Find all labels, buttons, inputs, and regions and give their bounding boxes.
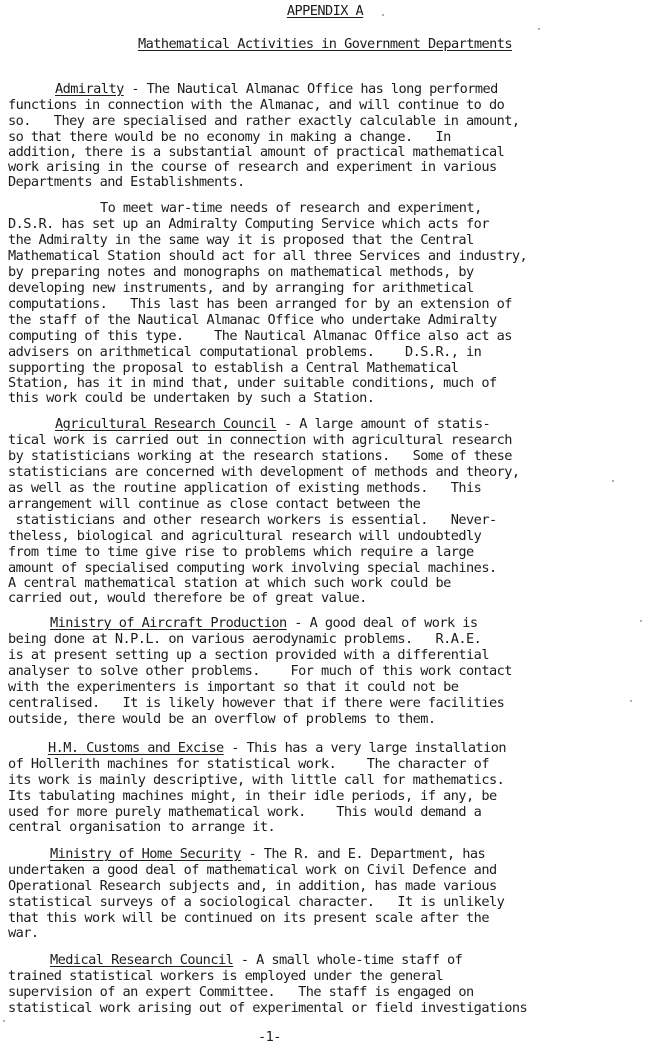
text-line: by preparing notes and monographs on mat… (8, 264, 474, 280)
text-line: statisticians are concerned with develop… (8, 464, 520, 480)
text-line: analyser to solve other problems. For mu… (8, 663, 512, 679)
text-line: by statisticians working at the research… (8, 448, 512, 464)
section-heading-line: Medical Research Council - A small whole… (50, 952, 462, 968)
section-heading-line: H.M. Customs and Excise - This has a ver… (48, 740, 506, 756)
text-line: outside, there would be an overflow of p… (8, 711, 436, 727)
text-line: war. (8, 925, 39, 941)
scan-speck (382, 14, 384, 16)
text-line: undertaken a good deal of mathematical w… (8, 862, 497, 878)
text-line: supervision of an expert Committee. The … (8, 984, 474, 1000)
text-line: statistical surveys of a sociological ch… (8, 894, 504, 910)
text-line: centralised. It is likely however that i… (8, 695, 504, 711)
page-number: -1- (258, 1029, 281, 1045)
section-heading: Ministry of Aircraft Production (50, 615, 287, 631)
text-line: Its tabulating machines might, in their … (8, 788, 497, 804)
text-line: To meet war-time needs of research and e… (100, 200, 482, 216)
scan-speck (612, 480, 614, 482)
text-line: the staff of the Nautical Almanac Office… (8, 312, 497, 328)
text-line: arrangement will continue as close conta… (8, 496, 420, 512)
appendix-label: APPENDIX A (0, 3, 650, 19)
text-line: being done at N.P.L. on various aerodyna… (8, 631, 481, 647)
text-line: as well as the routine application of ex… (8, 480, 481, 496)
section-heading-line: Agricultural Research Council - A large … (55, 416, 490, 432)
text-line: of Hollerith machines for statistical wo… (8, 756, 489, 772)
text-line: its work is mainly descriptive, with lit… (8, 772, 504, 788)
text-line: developing new instruments, and by arran… (8, 280, 474, 296)
section-heading-line: Ministry of Aircraft Production - A good… (50, 615, 478, 631)
text-line: computations. This last has been arrange… (8, 296, 512, 312)
section-heading: Agricultural Research Council (55, 416, 276, 432)
text-line: statistical work arising out of experime… (8, 1000, 527, 1016)
text-line: from time to time give rise to problems … (8, 544, 474, 560)
text-line: trained statistical workers is employed … (8, 968, 443, 984)
text-line: is at present setting up a section provi… (8, 647, 489, 663)
text-line: supporting the proposal to establish a C… (8, 360, 458, 376)
text-line: computing of this type. The Nautical Alm… (8, 328, 512, 344)
section-heading: Medical Research Council (50, 952, 233, 968)
text-line: addition, there is a substantial amount … (8, 144, 504, 160)
document-title: Mathematical Activities in Government De… (0, 36, 650, 52)
section-heading: Admiralty (55, 81, 124, 97)
section-heading: H.M. Customs and Excise (48, 740, 224, 756)
text-line: Station, has it in mind that, under suit… (8, 375, 497, 391)
text-line: A central mathematical station at which … (8, 575, 451, 591)
text-line: work arising in the course of research a… (8, 159, 497, 175)
section-heading-line: Ministry of Home Security - The R. and E… (50, 846, 485, 862)
text-line: that this work will be continued on its … (8, 910, 489, 926)
document-page: APPENDIX A Mathematical Activities in Go… (0, 0, 650, 1049)
text-line: with the experimenters is important so t… (8, 679, 458, 695)
text-line: Mathematical Station should act for all … (8, 248, 527, 264)
text-line: advisers on arithmetical computational p… (8, 344, 481, 360)
text-line: carried out, would therefore be of great… (8, 590, 367, 606)
section-heading-line: Admiralty - The Nautical Almanac Office … (55, 81, 498, 97)
text-line: this work could be undertaken by such a … (8, 390, 374, 406)
text-line: so that there would be no economy in mak… (8, 129, 451, 145)
text-line: Departments and Establishments. (8, 174, 245, 190)
text-line: used for more purely mathematical work. … (8, 804, 481, 820)
scan-speck (640, 620, 642, 622)
scan-speck (3, 1020, 5, 1022)
text-line: central organisation to arrange it. (8, 819, 275, 835)
scan-speck (630, 700, 632, 702)
text-line: D.S.R. has set up an Admiralty Computing… (8, 216, 489, 232)
text-line: functions in connection with the Almanac… (8, 97, 504, 113)
text-line: the Admiralty in the same way it is prop… (8, 232, 474, 248)
text-line: amount of specialised computing work inv… (8, 560, 497, 576)
text-line: statisticians and other research workers… (8, 512, 497, 528)
text-line: Operational Research subjects and, in ad… (8, 878, 497, 894)
section-heading: Ministry of Home Security (50, 846, 241, 862)
scan-speck (538, 28, 540, 30)
text-line: theless, biological and agricultural res… (8, 528, 481, 544)
text-line: tical work is carried out in connection … (8, 432, 512, 448)
text-line: so. They are specialised and rather exac… (8, 113, 520, 129)
